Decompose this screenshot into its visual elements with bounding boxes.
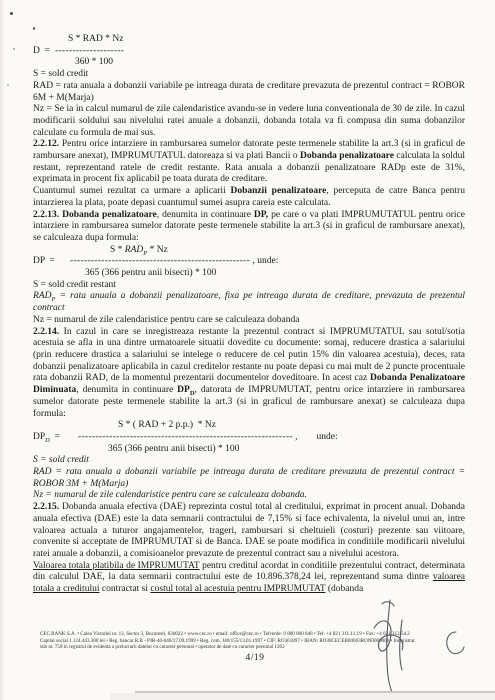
definition-s-restant: S = sold credit restant	[33, 280, 465, 292]
scan-artifact-speck	[10, 12, 13, 15]
formula-fraction-line: DPD = ----------------------------------…	[33, 432, 465, 444]
definition-s-credit-2: S = sold credit	[33, 455, 465, 467]
definition-radp: RADP = rata anuala a dobanzii penalizato…	[33, 291, 465, 314]
formula-lhs: DP =	[33, 256, 70, 268]
formula-lhs: D =	[33, 46, 55, 58]
clause-cuantum: Cuantumul sumei rezultat ca urmare a apl…	[33, 186, 465, 209]
clause-2-2-13: 2.2.13. Dobanda penalizatoare, denumita …	[33, 210, 465, 245]
document-body: S * RAD * Nz D = -------------------- 36…	[33, 34, 465, 596]
formula-numerator: S * RADP * Nz	[33, 245, 465, 257]
footer-line-1: CEC BANK S.A. • Calea Victoriei nr. 13, …	[40, 631, 470, 638]
formula-dobanda-penalizatoare: S * RADP * Nz DP = ---------------------…	[33, 245, 465, 280]
formula-suffix: , unde:	[250, 256, 278, 268]
scan-edge-left	[0, 0, 5, 700]
definition-nz-3: Nz = numarul de zile calendaristice pent…	[33, 490, 465, 502]
definition-nz: Nz = Se ia in calcul numarul de zile cal…	[33, 104, 465, 139]
formula-dobanda: S * RAD * Nz D = -------------------- 36…	[33, 34, 465, 69]
scanned-contract-page: S * RAD * Nz D = -------------------- 36…	[0, 0, 495, 700]
scan-artifact-speck	[7, 84, 9, 86]
scan-artifact-speck	[33, 27, 35, 30]
formula-numerator: S * ( RAD + 2 p.p.) * Nz	[33, 420, 465, 432]
formula-dash-line: ----------------------------------------…	[70, 256, 250, 268]
formula-denominator: 360 * 100	[33, 57, 465, 69]
formula-dobanda-penalizatoare-diminuata: S * ( RAD + 2 p.p.) * Nz DPD = ---------…	[33, 420, 465, 455]
formula-dash-line: ----------------------------------------…	[78, 432, 293, 444]
definition-rad-2: RAD = rata anuala a dobanzii variabile p…	[33, 467, 465, 490]
page-footer: CEC BANK S.A. • Calea Victoriei nr. 13, …	[40, 631, 470, 661]
formula-lhs: DPD =	[33, 432, 78, 444]
definition-nz-2: Nz = numarul de zile calendaristice pent…	[33, 315, 465, 327]
formula-numerator: S * RAD * Nz	[33, 34, 465, 46]
formula-denominator: 365 (366 pentru anii bisecti) * 100	[33, 444, 465, 456]
definition-rad: RAD = rata anuala a dobanzii variabile p…	[33, 81, 465, 104]
formula-dash-line: --------------------	[55, 46, 124, 58]
footer-line-2: Capital social 1.124.443.300 lei • Reg. …	[40, 638, 470, 645]
clause-2-2-15: 2.2.15. Dobanda anuala efectiva (DAE) re…	[33, 502, 465, 561]
footer-line-3: sub nr. 758 in registrul de evidenta a p…	[40, 644, 470, 651]
clause-valoare-totala: Valoarea totala platibila de IMPRUMUTAT …	[33, 561, 465, 596]
scan-artifact-speck	[13, 48, 15, 50]
clause-2-2-12: 2.2.12. Pentru orice intarziere in rambu…	[33, 139, 465, 186]
definition-s-credit: S = sold credit	[33, 69, 465, 81]
page-number: 4/19	[40, 655, 470, 662]
formula-fraction-line: D = --------------------	[33, 46, 465, 58]
scan-background-bottom	[110, 693, 495, 700]
formula-denominator: 365 (366 pentru anii bisecti) * 100	[33, 268, 465, 280]
clause-2-2-14: 2.2.14. In cazul in care se inregistreaz…	[33, 327, 465, 421]
formula-fraction-line: DP = -----------------------------------…	[33, 256, 465, 268]
formula-suffix: , unde:	[293, 432, 338, 444]
